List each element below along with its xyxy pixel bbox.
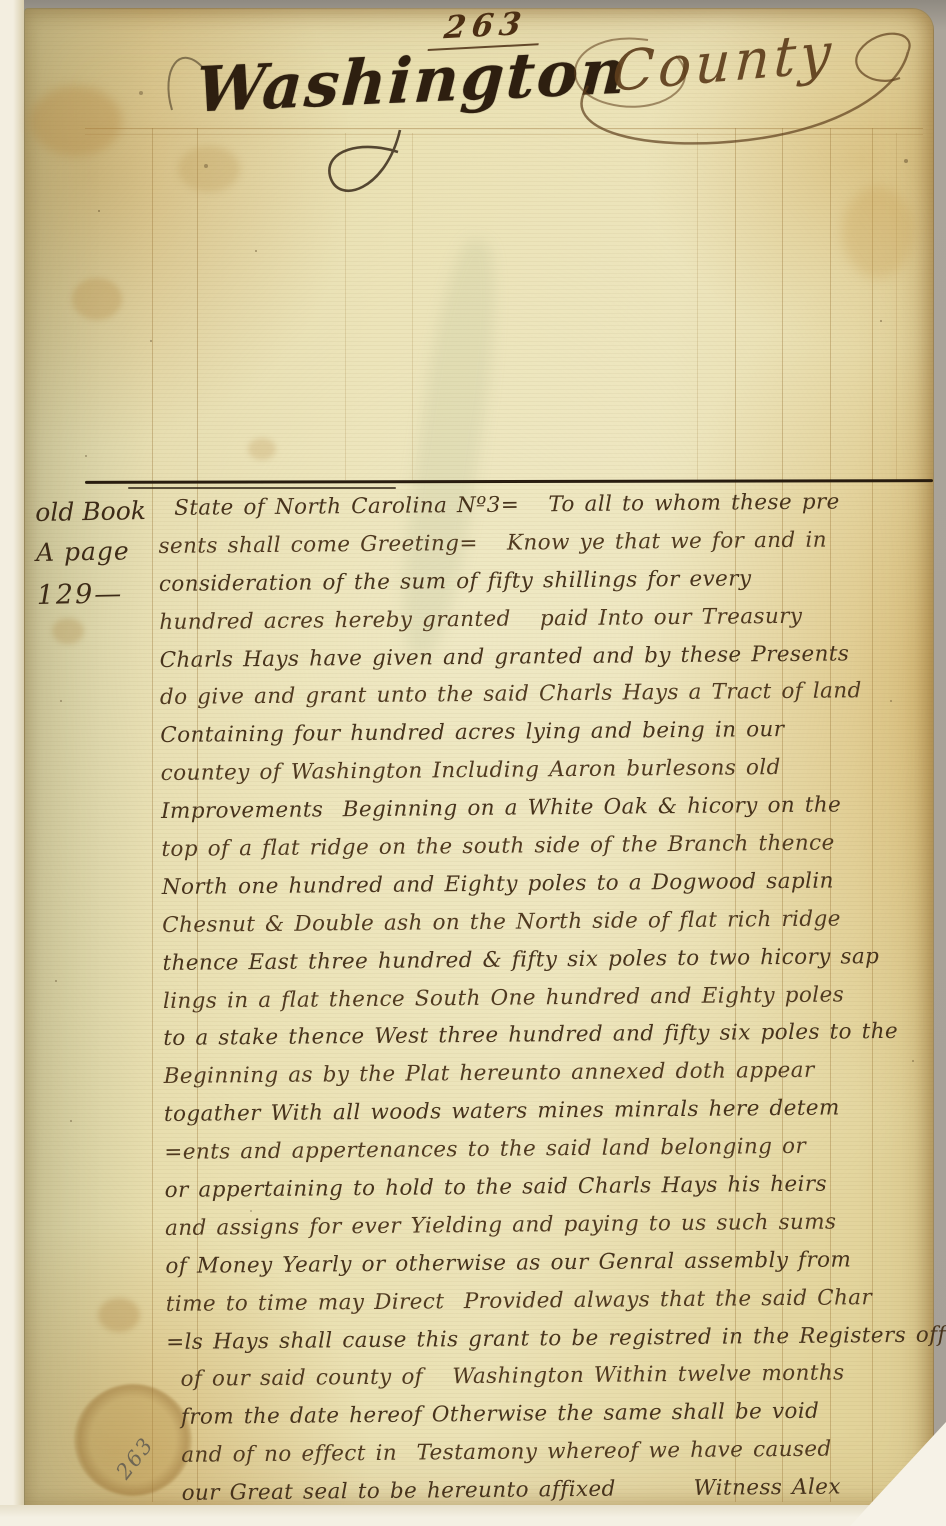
page-content: 263 Washington County old Book A page 12… — [0, 0, 946, 1526]
manuscript-line: to a stake thence West three hundred and… — [163, 1013, 946, 1059]
ledger-rule-vertical — [152, 128, 153, 1502]
margin-note-line: A page — [36, 536, 147, 567]
manuscript-line: State of North Carolina Nº3= To all to w… — [158, 482, 946, 528]
heading-county-word: County — [611, 20, 837, 104]
bottom-page-edge — [0, 1505, 946, 1526]
ledger-rule-vertical — [697, 133, 698, 480]
ink-speckles — [0, 0, 2, 2]
ledger-rule-horizontal — [85, 134, 923, 135]
paper-stain — [248, 438, 276, 460]
paper-stain — [72, 278, 122, 320]
ledger-rule-vertical — [896, 133, 897, 480]
manuscript-line: do give and grant unto the said Charls H… — [160, 672, 946, 718]
ledger-rule-horizontal — [85, 128, 923, 129]
paper-stain — [842, 186, 914, 278]
margin-note-line: old Book — [35, 496, 146, 527]
paper-stain — [52, 618, 84, 644]
ledger-rule-vertical — [412, 133, 413, 480]
ledger-rule-vertical — [345, 133, 346, 480]
manuscript-line: togather With all woods waters mines min… — [164, 1089, 946, 1135]
paper-stain — [178, 146, 240, 192]
margin-note: old Book A page 129— — [35, 496, 148, 611]
paper-stain — [98, 1298, 140, 1332]
paper-stain — [30, 86, 122, 156]
manuscript-line: of our said county of Washington Within … — [180, 1354, 946, 1399]
body-text: State of North Carolina Nº3= To all to w… — [158, 482, 946, 1513]
manuscript-page-scan: 263 Washington County old Book A page 12… — [0, 0, 946, 1526]
heading-county-name: Washington — [194, 34, 630, 126]
margin-note-line: 129— — [36, 578, 147, 611]
